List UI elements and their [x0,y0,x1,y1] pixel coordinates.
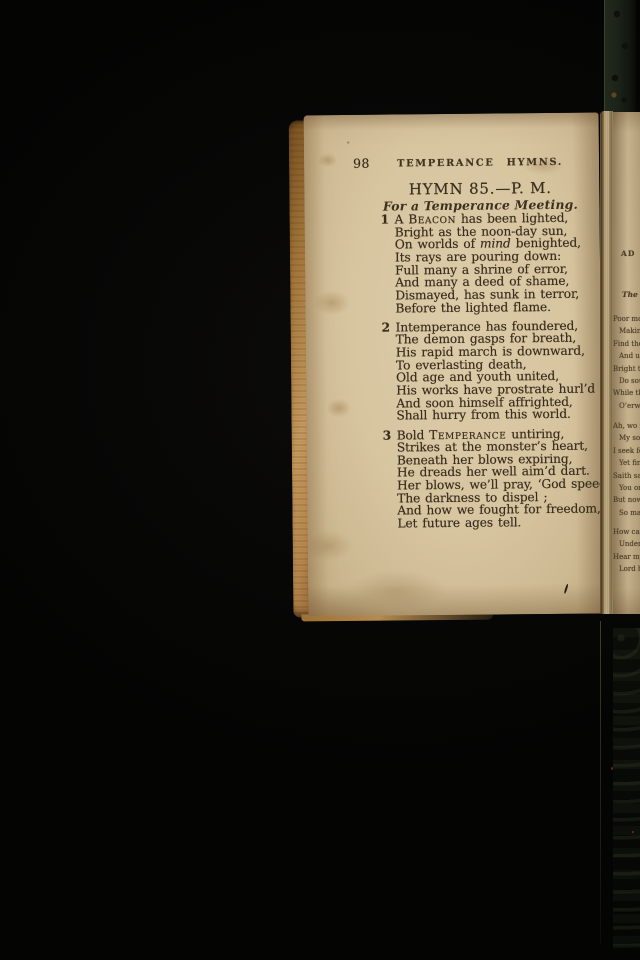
fragment-line: Making [613,325,640,337]
right-page-sliver: AD The Poor mourMakingFind themAnd untBr… [600,111,640,614]
verse-number: 2 [382,321,391,334]
fragment-line: My soul [613,432,640,444]
fragment-line: Ah, wo is [613,420,640,432]
ink-mark [564,584,569,594]
right-page-fore-edge [600,111,613,614]
dust-speck [632,831,634,833]
fragment-line: Find them [613,338,640,350]
fragment-line: Saith satan [613,470,640,482]
sliver-stanza: Poor mourMakingFind themAnd untBright th… [613,313,640,412]
hymn-heading: HYMN 85.—P. M. [364,179,596,199]
fragment-line: Do soun [613,375,640,387]
fragment-line: Under th [613,538,640,550]
book-cover-edge-top [604,0,636,117]
verse-text-segment: Shall hurry from this world. [396,407,570,423]
fragment-line: Yet find [613,457,640,469]
fragment-line: Poor mour [613,313,640,325]
fragment-line: I seek for [613,445,640,457]
page-surface: 98 TEMPERANCE HYMNS. HYMN 85.—P. M. For … [304,113,604,617]
fragment-line: O’erwhel [613,400,640,412]
right-page-surface: AD The Poor mourMakingFind themAnd untBr… [613,112,640,614]
left-page: 98 TEMPERANCE HYMNS. HYMN 85.—P. M. For … [289,113,604,620]
fragment-line: But now y [613,494,640,506]
fragment-line: While they [613,387,640,399]
sliver-stanza: How can IUnder thHear my dLord hea [613,526,640,576]
fragment-line: So make [613,507,640,519]
dust-speck [611,767,613,770]
fragment-subtitle: The [622,291,638,298]
fragment-line: Lord hea [613,563,640,575]
page-edge-highlight-line [600,621,601,945]
fragment-line: Hear my d [613,551,640,563]
book-cover-edge-bottom [613,628,640,950]
fragment-line: And unt [613,350,640,362]
verse-text-segment: Let future ages tell. [397,515,521,530]
verse-number: 3 [383,429,392,442]
verse-text-segment: Before the lighted flame. [395,300,551,315]
fragment-line: Bright thou [613,363,640,375]
book-photo: 98 TEMPERANCE HYMNS. HYMN 85.—P. M. For … [0,0,640,960]
verse-number: 1 [381,214,390,227]
running-head: TEMPERANCE HYMNS. [364,157,596,170]
fragment-heading: AD [621,250,635,257]
fragment-line: You once [613,482,640,494]
fragment-line: How can I [613,526,640,538]
sliver-stanza: Ah, wo isMy soulI seek forYet findSaith … [613,420,640,519]
